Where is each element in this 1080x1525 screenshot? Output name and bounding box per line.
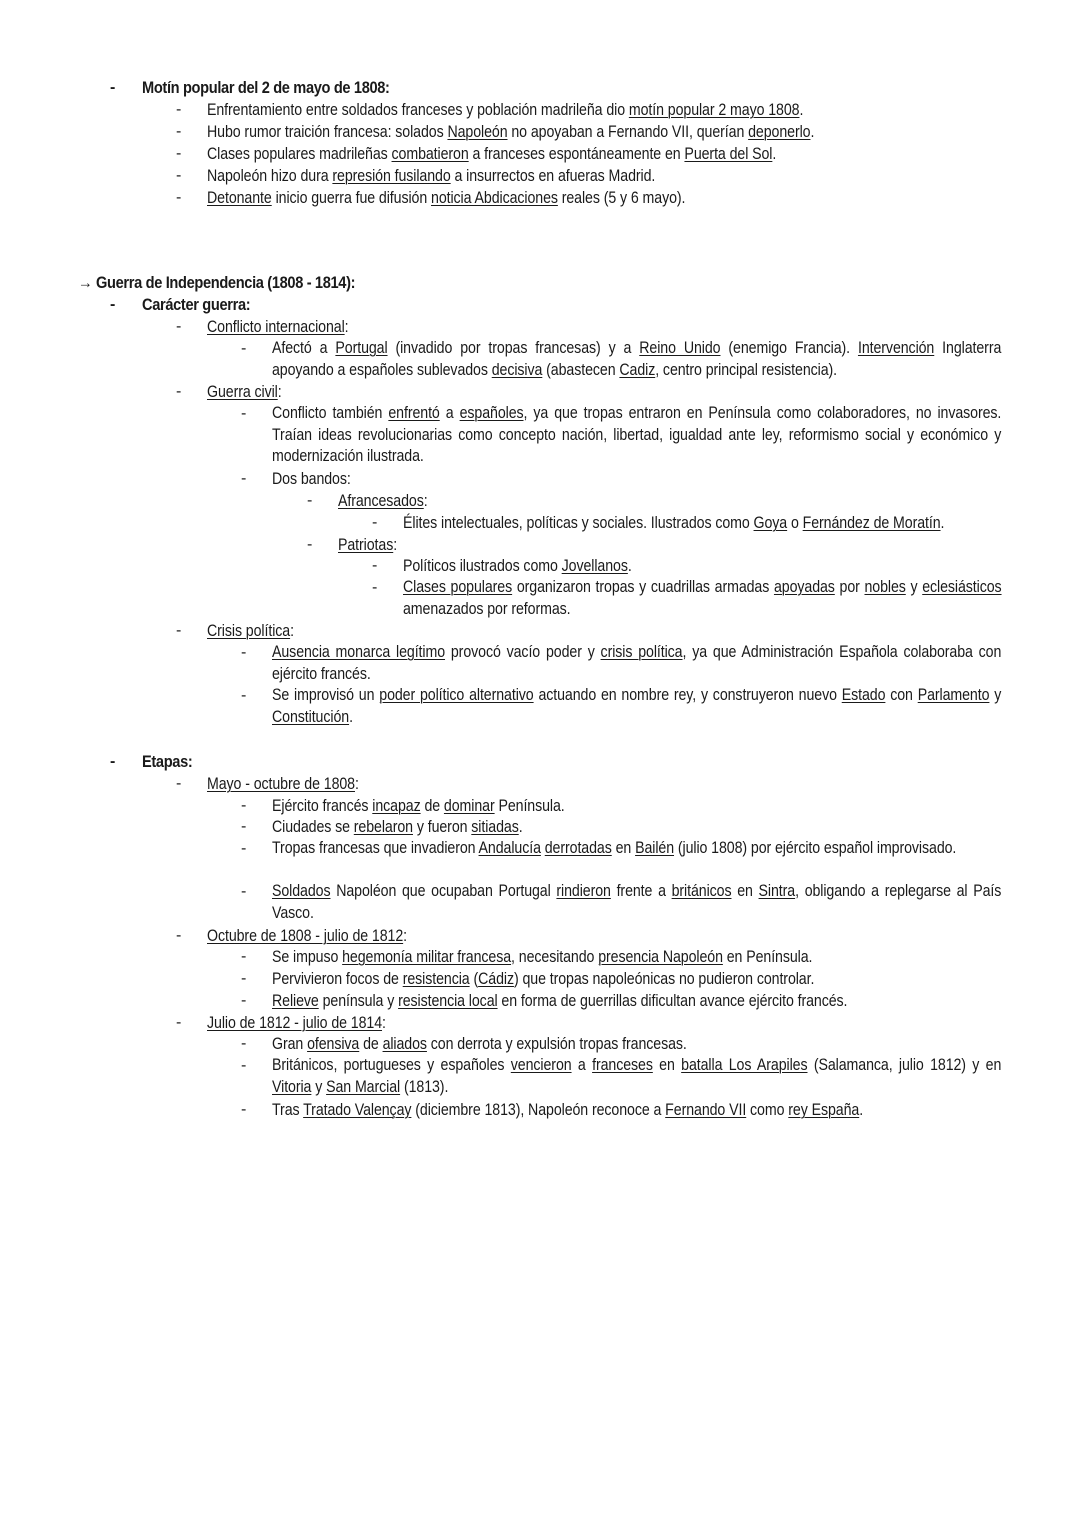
label-patriotas: Patriotas: — [338, 534, 397, 556]
list-item: Hubo rumor traición francesa: solados Na… — [207, 121, 814, 143]
heading-etapas: Etapas: — [142, 751, 192, 773]
bullet-dash: - — [241, 468, 246, 490]
bullet-dash: - — [372, 555, 377, 577]
label-guerra-civil: Guerra civil: — [207, 381, 282, 403]
heading-motin: Motín popular del 2 de mayo de 1808: — [142, 77, 390, 99]
stage1-item-3: Tropas francesas que invadieron Andalucí… — [272, 838, 1001, 860]
document-page: - Motín popular del 2 de mayo de 1808: →… — [0, 0, 1080, 1525]
list-item: Napoleón hizo dura represión fusilando a… — [207, 165, 655, 187]
patriotas-item-1: Políticos ilustrados como Jovellanos. — [403, 555, 632, 577]
bullet-dash: - — [241, 1033, 246, 1055]
bullet-dash: - — [241, 1099, 246, 1121]
bullet-dash: - — [241, 403, 246, 425]
patriotas-item-2: Clases populares organizaron tropas y cu… — [403, 577, 1002, 620]
bullet-dash: - — [241, 968, 246, 990]
bullet-dash: - — [241, 1055, 246, 1077]
stage2-item-2: Pervivieron focos de resistencia (Cádiz)… — [272, 968, 814, 990]
bullet-dash: - — [241, 881, 246, 903]
arrow-icon: → — [78, 273, 92, 292]
bullet-dash: - — [241, 816, 246, 838]
crisis-item-2: Se improvisó un poder político alternati… — [272, 685, 1001, 728]
section-title-text: Guerra de Independencia (1808 - 1814): — [96, 273, 355, 292]
bullet-dash: - — [241, 338, 246, 360]
stage3-item-3: Tras Tratado Valençay (diciembre 1813), … — [272, 1099, 863, 1121]
bullet-dash: - — [176, 316, 181, 338]
bullet-dash: - — [110, 751, 115, 773]
section-title: → Guerra de Independencia (1808 - 1814): — [78, 272, 355, 294]
label-crisis-politica: Crisis política: — [207, 620, 294, 642]
bullet-dash: - — [241, 642, 246, 664]
crisis-item-1: Ausencia monarca legítimo provocó vacío … — [272, 642, 1001, 685]
bullet-dash: - — [307, 490, 312, 512]
bullet-dash: - — [176, 773, 181, 795]
stage2-item-3: Relieve península y resistencia local en… — [272, 990, 847, 1012]
stage1-item-4: Soldados Napoléon que ocupaban Portugal … — [272, 881, 1001, 924]
bullet-dash: - — [176, 121, 181, 143]
bullet-dash: - — [110, 77, 115, 99]
stage-label-2: Octubre de 1808 - julio de 1812: — [207, 925, 407, 947]
stage3-item-2: Británicos, portugueses y españoles venc… — [272, 1055, 1001, 1098]
dos-bandos: Dos bandos: — [272, 468, 351, 490]
bullet-dash: - — [372, 577, 377, 599]
bullet-dash: - — [176, 99, 181, 121]
bullet-dash: - — [241, 795, 246, 817]
list-item: Detonante inicio guerra fue difusión not… — [207, 187, 685, 209]
bullet-dash: - — [241, 685, 246, 707]
bullet-dash: - — [307, 534, 312, 556]
para-intl-1: Afectó a Portugal (invadido por tropas f… — [272, 338, 1001, 381]
bullet-dash: - — [241, 946, 246, 968]
bullet-dash: - — [176, 143, 181, 165]
label-conflicto-internacional: Conflicto internacional: — [207, 316, 348, 338]
bullet-dash: - — [241, 990, 246, 1012]
bullet-dash: - — [176, 165, 181, 187]
afrancesados-item: Élites intelectuales, políticas y social… — [403, 512, 944, 534]
stage-label-1: Mayo - octubre de 1808: — [207, 773, 359, 795]
bullet-dash: - — [176, 1012, 181, 1034]
list-item: Enfrentamiento entre soldados franceses … — [207, 99, 803, 121]
list-item: Clases populares madrileñas combatieron … — [207, 143, 776, 165]
bullet-dash: - — [176, 381, 181, 403]
bullet-dash: - — [110, 294, 115, 316]
bullet-dash: - — [176, 925, 181, 947]
bullet-dash: - — [176, 620, 181, 642]
bullet-dash: - — [176, 187, 181, 209]
bullet-dash: - — [241, 838, 246, 860]
stage1-item-1: Ejército francés incapaz de dominar Pení… — [272, 795, 565, 817]
bullet-dash: - — [372, 512, 377, 534]
stage1-item-2: Ciudades se rebelaron y fueron sitiadas. — [272, 816, 523, 838]
heading-caracter: Carácter guerra: — [142, 294, 250, 316]
para-civil-1: Conflicto también enfrentó a españoles, … — [272, 403, 1001, 468]
stage2-item-1: Se impuso hegemonía militar francesa, ne… — [272, 946, 812, 968]
stage3-item-1: Gran ofensiva de aliados con derrota y e… — [272, 1033, 687, 1055]
stage-label-3: Julio de 1812 - julio de 1814: — [207, 1012, 386, 1034]
label-afrancesados: Afrancesados: — [338, 490, 428, 512]
